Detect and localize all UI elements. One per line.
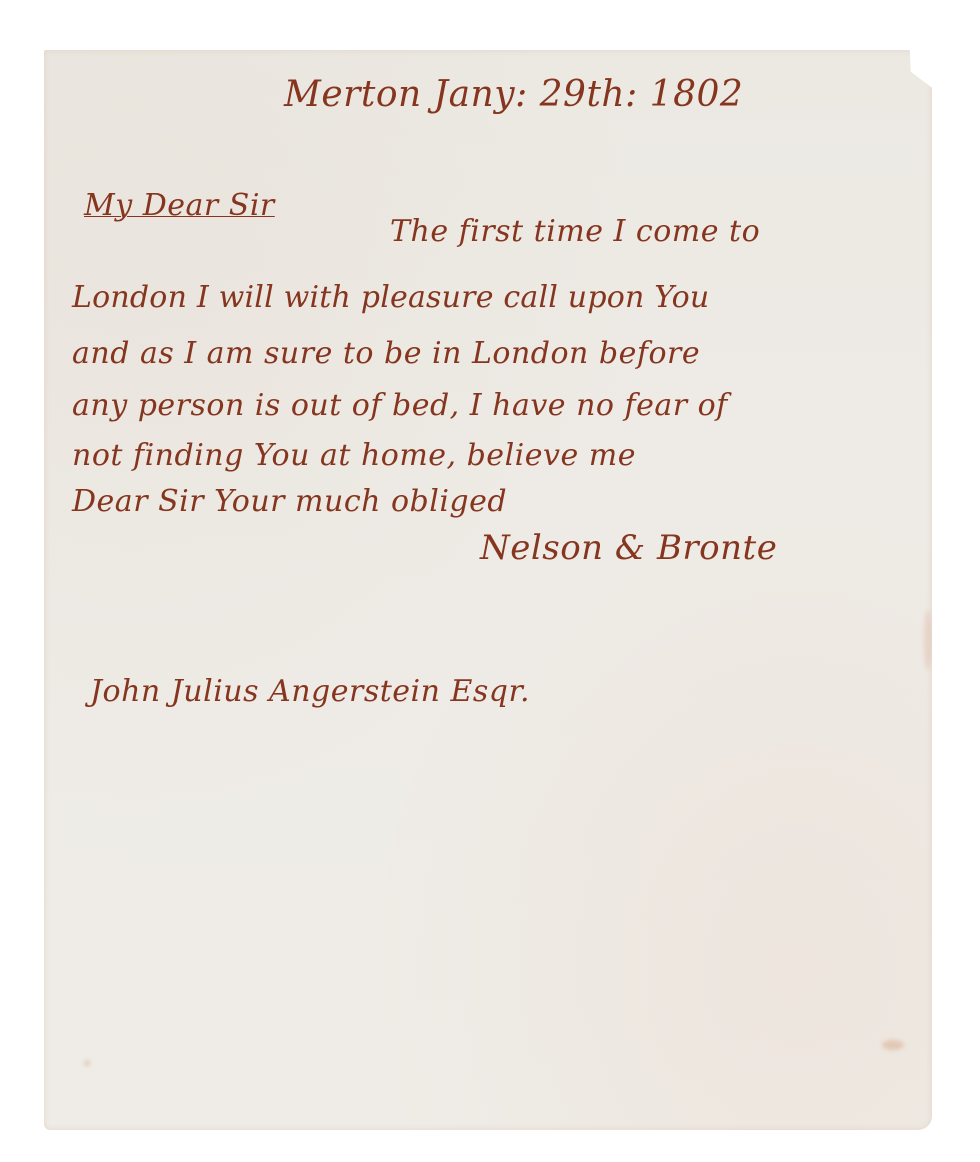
letter-dateline: Merton Jany: 29th: 1802 xyxy=(284,74,743,115)
letter-body-line: The first time I come to xyxy=(390,214,760,249)
salutation-text: My Dear Sir xyxy=(84,188,275,223)
letter-closing: Dear Sir Your much obliged xyxy=(72,484,507,519)
foxing-stain xyxy=(882,1040,904,1050)
letter-body-line: London I will with pleasure call upon Yo… xyxy=(72,280,709,315)
letter-body-line: not finding You at home, believe me xyxy=(72,438,636,473)
letter-body-line: any person is out of bed, I have no fear… xyxy=(72,388,728,423)
foxing-stain xyxy=(924,610,932,670)
letter-salutation: My Dear Sir xyxy=(84,188,275,223)
foxing-stain xyxy=(84,1060,90,1066)
letter-addressee: John Julius Angerstein Esqr. xyxy=(90,674,530,709)
letter-signature: Nelson & Bronte xyxy=(480,528,777,568)
letter-body-line: and as I am sure to be in London before xyxy=(72,336,700,371)
